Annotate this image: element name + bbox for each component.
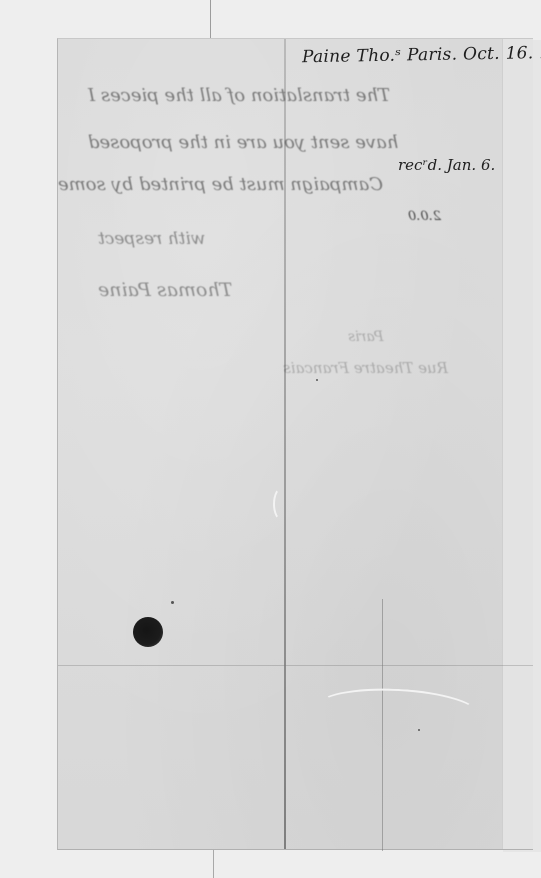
scratch-mark	[273, 487, 291, 521]
mount-edge-top	[210, 0, 211, 38]
scan-canvas: The translation of all the pieces I have…	[0, 0, 541, 878]
bleed-through-line: Paris	[348, 329, 384, 345]
manuscript-sheet: The translation of all the pieces I have…	[57, 38, 533, 850]
fold-line-horizontal	[58, 665, 533, 666]
ink-speck	[418, 729, 420, 731]
bleed-through-line: with respect	[98, 229, 205, 249]
bleed-through-line: 2.0.0	[408, 209, 441, 224]
fold-line-vertical	[284, 39, 286, 849]
bleed-through-signature: Thomas Paine	[98, 279, 232, 301]
docket-annotation: Paine Tho.ˢ Paris. Oct. 16. 16	[302, 43, 541, 68]
ink-speck	[316, 379, 318, 381]
bleed-through-line: Rue Theatre Francais	[283, 359, 448, 377]
bleed-through-line: The translation of all the pieces I	[88, 85, 390, 106]
sheet-right-margin	[502, 39, 533, 849]
scratch-mark	[315, 685, 481, 738]
ink-speck	[171, 601, 174, 604]
received-date-annotation: recʳd. Jan. 6.	[398, 156, 495, 174]
bleed-through-line: Campaign must be printed by some	[58, 174, 383, 195]
ink-blot	[133, 617, 163, 647]
mount-edge-bottom	[213, 850, 214, 878]
bleed-through-line: have sent you are in the proposed	[88, 132, 398, 153]
